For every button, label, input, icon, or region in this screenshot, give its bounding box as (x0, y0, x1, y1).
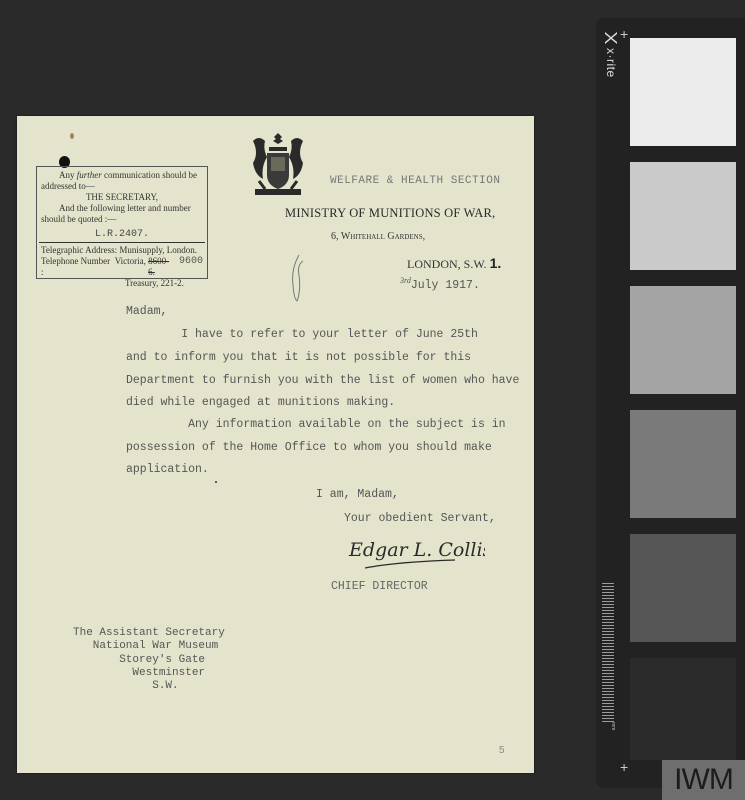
registration-cross-icon: + (620, 760, 628, 774)
telephone-number: Telephone Number : Victoria, 8600-6.9600 (41, 256, 203, 278)
swatch-dark-gray (630, 534, 736, 642)
mm-ruler (602, 583, 614, 723)
rust-stain (70, 133, 74, 139)
notice-line: And the following letter and number (41, 203, 203, 214)
body-line: Department to furnish you with the list … (126, 374, 519, 387)
swatch-white (630, 38, 736, 146)
closing-line: I am, Madam, (316, 488, 399, 501)
ruler-label: mm (610, 722, 616, 730)
ink-dot (215, 481, 217, 483)
closing-line: Your obedient Servant, (344, 512, 496, 525)
signatory-title: CHIEF DIRECTOR (331, 580, 428, 593)
royal-coat-of-arms-icon (249, 131, 307, 201)
brand-label: x·rite (604, 48, 618, 78)
signature-icon: Edgar L. Collis (345, 530, 485, 575)
body-line: I have to refer to your letter of June 2… (126, 328, 478, 341)
telegraphic-address: Telegraphic Address: Munisupply, London. (41, 245, 203, 256)
body-line: died while engaged at munitions making. (126, 396, 395, 409)
reference-notice-box: Any further communication should be addr… (36, 166, 208, 279)
body-line: possession of the Home Office to whom yo… (126, 441, 492, 454)
city-address: LONDON, S.W. 1. (407, 255, 501, 272)
registration-cross-icon: + (620, 27, 628, 41)
reference-number: L.R.2407. (41, 229, 203, 240)
iwm-watermark: IWM (662, 760, 745, 800)
recipient-address: The Assistant Secretary National War Mus… (73, 627, 225, 693)
swatch-light-gray (630, 162, 736, 270)
swatch-black (630, 658, 736, 760)
body-line: Any information available on the subject… (126, 418, 506, 431)
letter-date: 3rdJuly 1917. (400, 276, 480, 292)
xrite-logo-icon (605, 32, 617, 44)
body-line: and to inform you that it is not possibl… (126, 351, 471, 364)
divider (39, 242, 205, 243)
pencil-mark-icon (287, 253, 307, 303)
notice-addressee: THE SECRETARY, (41, 192, 203, 203)
notice-line: addressed to— (41, 181, 203, 192)
svg-text:Edgar L. Collis: Edgar L. Collis (348, 539, 485, 561)
treasury-number: Treasury, 221-2. (41, 278, 203, 289)
salutation: Madam, (126, 305, 167, 318)
street-address: 6, Whitehall Gardens, (331, 231, 425, 242)
section-stamp: WELFARE & HEALTH SECTION (330, 175, 500, 187)
page-number: 5 (499, 745, 505, 756)
swatch-gray (630, 410, 736, 518)
swatch-mid-gray (630, 286, 736, 394)
ministry-name: MINISTRY OF MUNITIONS OF WAR, (285, 206, 495, 221)
body-line: application. (126, 463, 209, 476)
notice-line: should be quoted :— (41, 214, 203, 225)
